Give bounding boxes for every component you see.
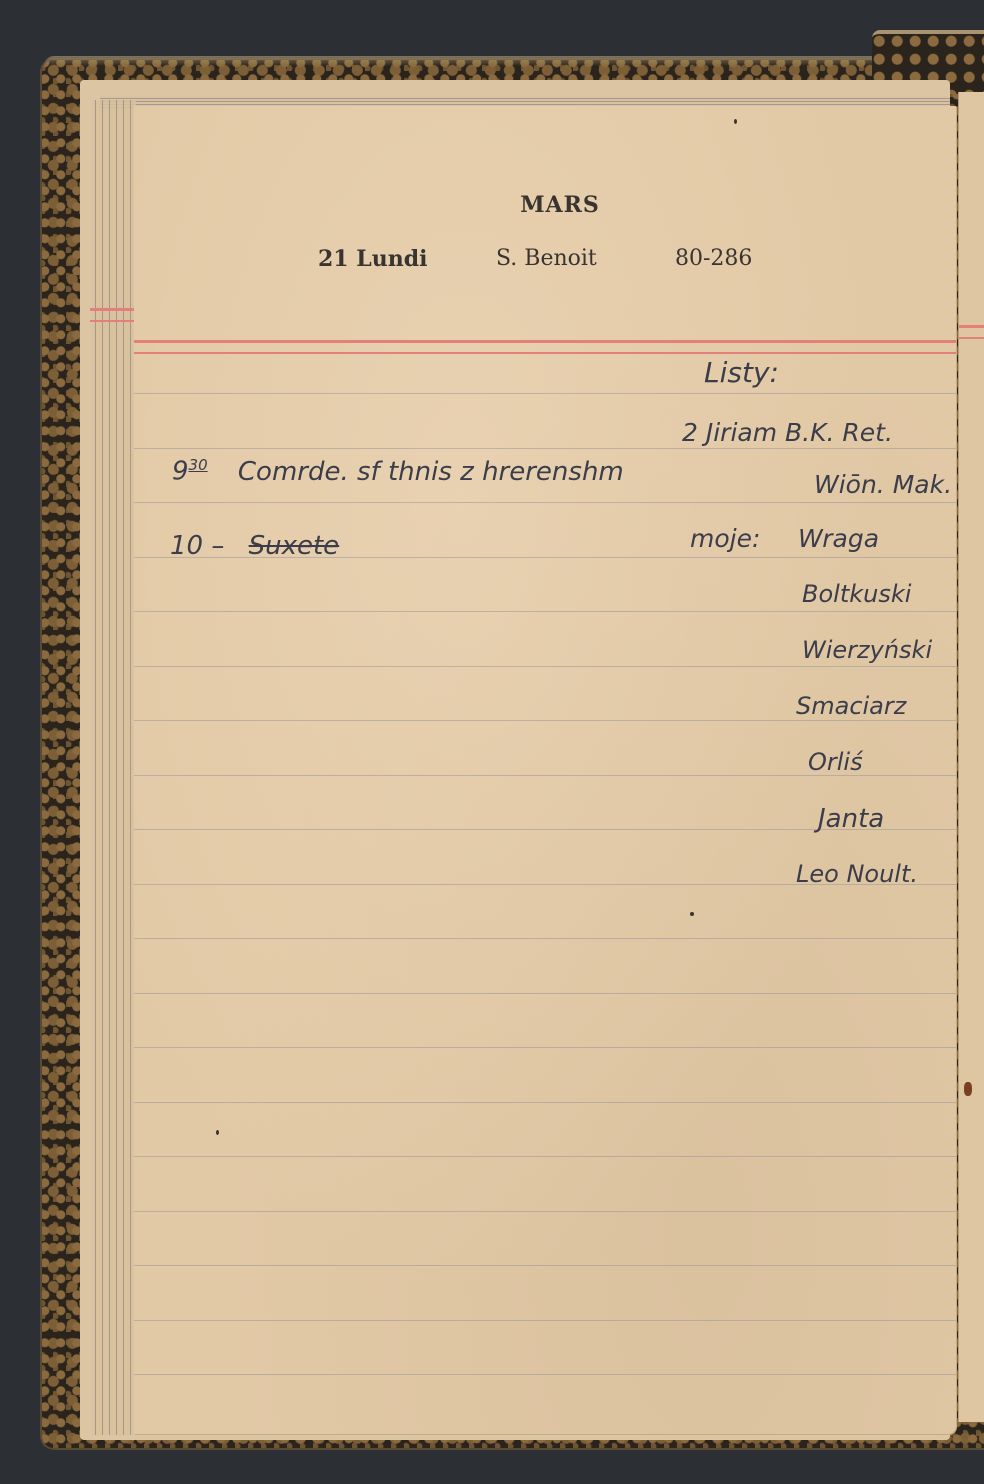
ink-speck: [734, 119, 737, 124]
name-item: Janta: [818, 804, 884, 834]
ruled-line: [134, 448, 956, 449]
name-item: Smaciarz: [796, 692, 906, 720]
name-item: Wierzyński: [802, 636, 932, 664]
saint-label: S. Benoit: [496, 246, 597, 271]
diary-page: MARS 21 Lundi S. Benoit 80-286 930 Comrd…: [134, 106, 956, 1434]
ink-speck: [690, 912, 694, 916]
ruled-line: [134, 938, 956, 939]
day-label: 21 Lundi: [318, 246, 427, 272]
ruled-line: [134, 1320, 956, 1321]
month-title: MARS: [134, 192, 956, 218]
name-item: Wraga: [798, 524, 879, 553]
ruled-line: [134, 720, 956, 721]
stain: [964, 1082, 972, 1096]
day-count: 80-286: [675, 246, 752, 271]
page-stack-left-edges: [92, 100, 136, 1435]
ruled-line: [134, 1156, 956, 1157]
name-item: Boltkuski: [802, 580, 911, 608]
ruled-line: [134, 1374, 956, 1375]
ruled-line: [134, 1211, 956, 1212]
next-page-edge: [958, 92, 984, 1422]
ruled-line: [134, 993, 956, 994]
ruled-line: [134, 1047, 956, 1048]
schedule-entry-2: 10 – Suxete: [170, 531, 339, 561]
letters-line-2: Wiōn. Mak.: [814, 470, 952, 499]
red-rule-top: [134, 340, 956, 343]
cover-wear: [44, 56, 904, 66]
red-rule-bottom: [134, 352, 956, 354]
ruled-line: [134, 666, 956, 667]
ink-speck: [216, 1130, 219, 1135]
ruled-line: [134, 1265, 956, 1266]
ruled-line: [134, 611, 956, 612]
name-item: Leo Noult.: [796, 860, 918, 888]
letters-line: 2 Jiriam B.K. Ret.: [682, 418, 893, 447]
ruled-line: [134, 393, 956, 394]
schedule-entry-1: 930 Comrde. sf thnis z hrerenshm: [172, 456, 624, 487]
ruled-line: [134, 1102, 956, 1103]
ruled-line: [134, 502, 956, 503]
red-rule-stub: [90, 308, 134, 311]
letters-heading: Listy:: [704, 356, 779, 389]
name-item: Orliś: [808, 748, 863, 776]
mine-label: moje:: [690, 524, 760, 553]
red-rule-stub: [90, 320, 134, 322]
